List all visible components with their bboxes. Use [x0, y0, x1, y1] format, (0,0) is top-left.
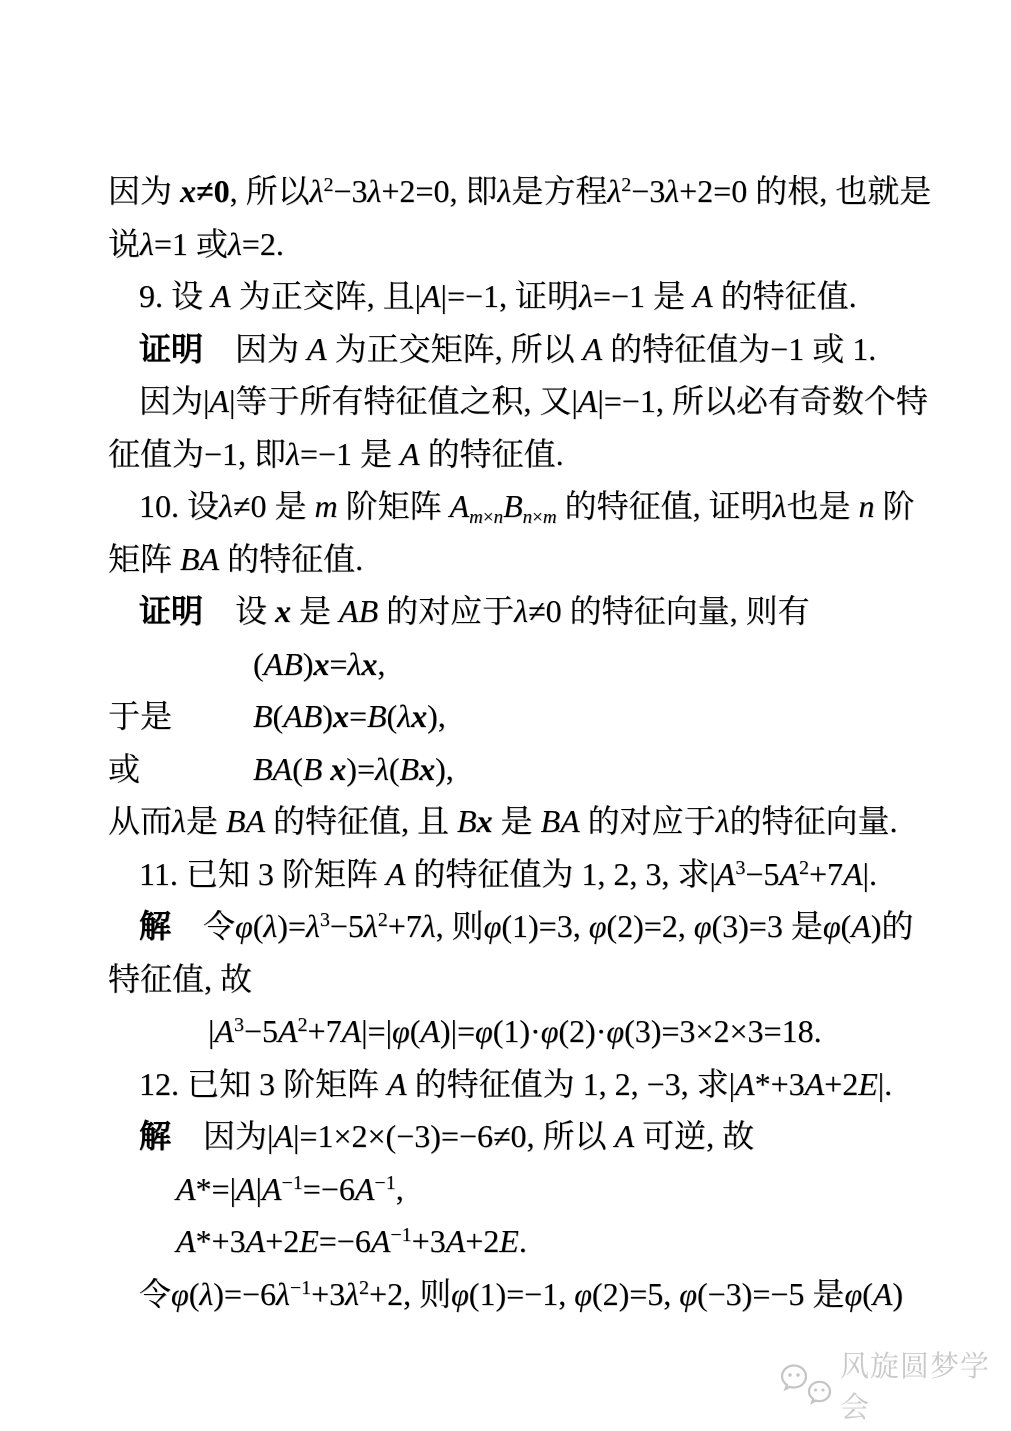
text-segment: (	[292, 751, 303, 787]
text-segment: m	[543, 507, 557, 528]
text-segment: *=|	[196, 1171, 236, 1207]
text-segment: φ	[171, 1276, 189, 1312]
text-segment: A	[583, 331, 603, 367]
text-segment: E	[299, 1223, 319, 1259]
text-segment: 2	[378, 909, 388, 931]
text-segment: x	[419, 751, 435, 787]
text-segment: 为正交阵, 且|	[231, 278, 421, 314]
text-segment: λ	[579, 278, 593, 314]
text-line: 从而λ是 BA 的特征值, 且 Bx 是 BA 的对应于λ的特征向量.	[108, 795, 923, 848]
text-segment: =−1 是	[593, 278, 693, 314]
text-segment: A	[236, 1171, 256, 1207]
text-line: 于是B(AB)x=B(λx),	[108, 690, 923, 743]
text-segment: A	[211, 278, 231, 314]
text-line: 说λ=1 或λ=2.	[108, 218, 923, 271]
text-segment: 证明	[139, 331, 203, 367]
text-segment: m	[314, 488, 337, 524]
text-segment: 2	[359, 1277, 369, 1299]
text-segment: φ	[694, 908, 712, 944]
text-segment: AB	[283, 698, 322, 734]
text-segment: λ	[397, 698, 411, 734]
text-segment: ≠0	[196, 173, 230, 209]
text-segment: 的特征向量.	[730, 803, 898, 839]
text-segment: n	[858, 488, 874, 524]
text-segment: A	[273, 1118, 293, 1154]
text-segment: λ	[306, 908, 320, 944]
text-segment: AB	[264, 646, 303, 682]
document-body: 因为 x≠0, 所以λ2−3λ+2=0, 即λ是方程λ2−3λ+2=0 的根, …	[108, 165, 923, 1320]
text-segment: λ	[716, 803, 730, 839]
text-segment: +2, 则	[369, 1276, 451, 1312]
text-segment: λ	[665, 173, 679, 209]
text-segment: 的特征值.	[420, 436, 564, 472]
text-segment: )的	[871, 908, 914, 944]
text-segment: λ	[773, 488, 787, 524]
text-segment: (	[189, 1276, 200, 1312]
text-segment: (	[841, 908, 852, 944]
text-segment: 的特征值, 且	[265, 803, 457, 839]
line-label: 或	[108, 743, 140, 796]
text-segment: A	[400, 436, 420, 472]
text-segment: A	[214, 1013, 234, 1049]
text-line: 证明 因为 A 为正交矩阵, 所以 A 的特征值为−1 或 1.	[108, 323, 923, 376]
text-segment: 矩阵	[108, 541, 180, 577]
text-segment: 征值为−1, 即	[108, 436, 286, 472]
text-segment: *+3	[755, 1066, 805, 1102]
text-segment: (	[387, 698, 398, 734]
text-segment: −5	[330, 908, 364, 944]
text-segment: , 所以	[230, 173, 310, 209]
document-page: 因为 x≠0, 所以λ2−3λ+2=0, 即λ是方程λ2−3λ+2=0 的根, …	[0, 0, 1011, 1431]
text-line: A*=|A|A−1=−6A−1,	[108, 1163, 923, 1216]
text-segment: 11. 已知 3 阶矩阵	[139, 856, 386, 892]
text-line: 因为|A|等于所有特征值之积, 又|A|=−1, 所以必有奇数个特	[108, 375, 923, 428]
text-line: 证明 设 x 是 AB 的对应于λ≠0 的特征向量, 则有	[108, 585, 923, 638]
text-segment: −5	[745, 856, 779, 892]
text-segment: x	[361, 646, 377, 682]
text-segment: A	[716, 856, 736, 892]
text-segment: +2	[824, 1066, 858, 1102]
text-segment: (1)=−1,	[469, 1276, 574, 1312]
text-segment: BA	[541, 803, 580, 839]
text-segment: −1	[390, 1224, 411, 1246]
text-segment: 12. 已知 3 阶矩阵	[139, 1066, 387, 1102]
text-segment: |=−1, 所以必有奇数个特	[597, 383, 928, 419]
text-segment: x	[313, 646, 329, 682]
text-segment: φ	[541, 1013, 559, 1049]
text-segment: +7	[809, 856, 843, 892]
text-segment: 特征值, 故	[108, 961, 252, 997]
text-segment: A	[420, 1013, 440, 1049]
text-segment: x	[330, 751, 346, 787]
text-segment: 10. 设	[139, 488, 219, 524]
text-segment: λ	[364, 908, 378, 944]
text-segment: A	[421, 278, 441, 314]
text-segment: 的特征值, 证明	[557, 488, 773, 524]
text-segment: +7	[308, 1013, 342, 1049]
text-segment: |.	[878, 1066, 892, 1102]
text-segment: φ	[392, 1013, 410, 1049]
text-segment: x	[275, 593, 291, 629]
text-segment: A	[262, 1171, 282, 1207]
text-line: 因为 x≠0, 所以λ2−3λ+2=0, 即λ是方程λ2−3λ+2=0 的根, …	[108, 165, 923, 218]
text-segment: B	[253, 698, 273, 734]
text-segment: A	[246, 1223, 266, 1259]
text-segment: 令	[171, 908, 235, 944]
text-segment: |等于所有特征值之积, 又|	[229, 383, 578, 419]
text-segment: λ	[347, 646, 361, 682]
text-segment: 的特征值.	[713, 278, 857, 314]
text-segment: λ	[172, 803, 186, 839]
text-segment: −5	[244, 1013, 278, 1049]
text-segment: φ	[844, 1276, 862, 1312]
text-segment: *+3	[196, 1223, 246, 1259]
text-segment: A	[371, 1223, 391, 1259]
text-segment: 的特征值为 1, 2, 3, 求|	[405, 856, 715, 892]
text-segment: 2	[621, 174, 631, 196]
text-segment: =−1 是	[300, 436, 400, 472]
text-segment: A	[693, 278, 713, 314]
text-segment: =2.	[242, 226, 284, 262]
text-segment: |=|	[361, 1013, 392, 1049]
text-segment: λ	[422, 908, 436, 944]
text-segment: E	[499, 1223, 519, 1259]
text-segment: (	[862, 1276, 873, 1312]
text-segment: (−3)=−5 是	[697, 1276, 844, 1312]
text-line: 矩阵 BA 的特征值.	[108, 533, 923, 586]
text-segment: φ	[574, 1276, 592, 1312]
text-segment: φ	[475, 1013, 493, 1049]
text-segment: 9. 设	[139, 278, 211, 314]
text-segment: A	[307, 331, 327, 367]
text-segment: ×	[532, 507, 543, 528]
text-line: 12. 已知 3 阶矩阵 A 的特征值为 1, 2, −3, 求|A*+3A+2…	[108, 1058, 923, 1111]
text-line: 解 因为|A|=1×2×(−3)=−6≠0, 所以 A 可逆, 故	[108, 1110, 923, 1163]
text-segment: A	[873, 1276, 893, 1312]
text-segment: E	[858, 1066, 878, 1102]
text-segment: 的特征值.	[219, 541, 363, 577]
text-segment: λ	[345, 1276, 359, 1312]
text-segment: A	[342, 1013, 362, 1049]
text-line: |A3−5A2+7A|=|φ(A)|=φ(1)·φ(2)·φ(3)=3×2×3=…	[108, 1005, 923, 1058]
text-segment: )	[322, 698, 333, 734]
text-segment: −3	[631, 173, 665, 209]
text-segment: 解	[139, 1118, 171, 1154]
line-label: 于是	[108, 690, 172, 743]
text-segment: λ	[276, 1276, 290, 1312]
text-line: 特征值, 故	[108, 953, 923, 1006]
text-segment: φ	[484, 908, 502, 944]
text-segment: (2)=5,	[592, 1276, 679, 1312]
text-segment: x	[333, 698, 349, 734]
text-segment: )=	[346, 751, 375, 787]
text-segment: 阶矩阵	[338, 488, 450, 524]
text-segment: +2=0 的根, 也就是	[679, 173, 931, 209]
text-segment: =−6	[303, 1171, 355, 1207]
text-segment: A	[615, 1118, 635, 1154]
text-segment: A	[779, 856, 799, 892]
text-segment: B	[503, 488, 523, 524]
text-segment: (	[253, 908, 264, 944]
text-segment: , 则	[436, 908, 484, 944]
text-segment: λ	[140, 226, 154, 262]
text-segment: (2)=2,	[606, 908, 693, 944]
text-segment: BA	[253, 751, 292, 787]
text-segment: B	[400, 751, 420, 787]
text-segment: 是方程	[511, 173, 607, 209]
text-segment: )	[892, 1276, 903, 1312]
text-segment: ),	[435, 751, 454, 787]
text-segment: λ	[607, 173, 621, 209]
text-segment: ,	[377, 646, 385, 682]
text-segment: (2)·	[558, 1013, 606, 1049]
text-segment: A	[446, 1223, 466, 1259]
text-segment: λ	[286, 436, 300, 472]
text-line: 或BA(B x)=λ(Bx),	[108, 743, 923, 796]
text-segment: A	[355, 1171, 375, 1207]
watermark-label: 风旋圆梦学会	[840, 1344, 1011, 1426]
text-segment: A	[387, 1066, 407, 1102]
text-segment: BA	[226, 803, 265, 839]
text-segment: −1	[374, 1172, 395, 1194]
text-segment: 为正交矩阵, 所以	[327, 331, 583, 367]
text-segment: 因为|	[171, 1118, 273, 1154]
text-segment: λ	[199, 1276, 213, 1312]
text-segment: )	[303, 646, 314, 682]
text-segment: 3	[735, 857, 745, 879]
text-segment: λ	[310, 173, 324, 209]
text-segment: λ	[497, 173, 511, 209]
text-segment: n	[494, 507, 504, 528]
text-segment: 也是	[786, 488, 858, 524]
text-segment: A	[386, 856, 406, 892]
text-segment: A	[278, 1013, 298, 1049]
watermark: 风旋圆梦学会	[780, 1362, 1011, 1408]
text-segment: A	[176, 1223, 196, 1259]
text-segment: 的特征值为−1 或 1.	[602, 331, 876, 367]
text-segment: (3)=3 是	[711, 908, 822, 944]
text-segment: +2	[265, 1223, 299, 1259]
text-segment: 因为	[203, 331, 307, 367]
text-segment: (	[410, 1013, 421, 1049]
text-segment: ),	[427, 698, 446, 734]
text-segment: −3	[333, 173, 367, 209]
text-segment: +2	[465, 1223, 499, 1259]
text-line: 11. 已知 3 阶矩阵 A 的特征值为 1, 2, 3, 求|A3−5A2+7…	[108, 848, 923, 901]
text-segment: λ	[368, 173, 382, 209]
text-segment: +7	[388, 908, 422, 944]
text-segment: −1	[282, 1172, 303, 1194]
text-segment: φ	[589, 908, 607, 944]
text-segment: 是	[291, 593, 339, 629]
text-line: 令φ(λ)=−6λ−1+3λ2+2, 则φ(1)=−1, φ(2)=5, φ(−…	[108, 1268, 923, 1321]
text-segment: ,	[396, 1171, 404, 1207]
text-segment: ≠0 的特征向量, 则有	[528, 593, 810, 629]
text-segment: 2	[298, 1014, 308, 1036]
text-segment: A	[450, 488, 470, 524]
text-segment: +2=0, 即	[381, 173, 497, 209]
text-segment: ×	[483, 507, 494, 528]
text-segment: =1 或	[154, 226, 228, 262]
text-segment: λ	[514, 593, 528, 629]
text-segment: (1)·	[493, 1013, 541, 1049]
text-line: (AB)x=λx,	[108, 638, 923, 691]
text-segment: 阶	[874, 488, 914, 524]
text-segment: (3)=3×2×3=18.	[624, 1013, 822, 1049]
text-segment: n	[523, 507, 533, 528]
text-segment: |=−1, 证明	[441, 278, 580, 314]
text-segment: 3	[320, 909, 330, 931]
text-segment: φ	[823, 908, 841, 944]
text-segment: m	[469, 507, 483, 528]
text-segment: φ	[606, 1013, 624, 1049]
text-segment: −1	[290, 1277, 311, 1299]
text-segment: A	[176, 1171, 196, 1207]
text-segment: λ	[375, 751, 389, 787]
text-segment: 令	[139, 1276, 171, 1312]
text-segment: 的特征值为 1, 2, −3, 求|	[407, 1066, 735, 1102]
text-line: 9. 设 A 为正交阵, 且|A|=−1, 证明λ=−1 是 A 的特征值.	[108, 270, 923, 323]
text-segment: λ	[228, 226, 242, 262]
text-segment: BA	[180, 541, 219, 577]
text-segment: 的对应于	[378, 593, 514, 629]
text-segment: (	[253, 646, 264, 682]
text-segment: A	[843, 856, 863, 892]
text-segment: (	[389, 751, 400, 787]
text-segment: 因为|	[139, 383, 209, 419]
text-segment: +3	[412, 1223, 446, 1259]
text-segment: 的对应于	[580, 803, 716, 839]
text-segment: 证明	[139, 593, 203, 629]
text-segment: A	[578, 383, 598, 419]
text-segment: |.	[863, 856, 877, 892]
text-segment: 从而	[108, 803, 172, 839]
wechat-icon	[780, 1363, 832, 1407]
text-segment: x	[180, 173, 196, 209]
text-segment: =	[329, 646, 347, 682]
text-segment: A	[735, 1066, 755, 1102]
text-segment: 2	[323, 174, 333, 196]
text-segment: φ	[451, 1276, 469, 1312]
text-segment: )=−6	[213, 1276, 276, 1312]
text-segment: 3	[234, 1014, 244, 1036]
text-segment: B	[367, 698, 387, 734]
text-segment: +3	[311, 1276, 345, 1312]
text-segment: A	[851, 908, 871, 944]
text-segment: 因为	[108, 173, 180, 209]
text-segment: (1)=3,	[501, 908, 588, 944]
text-segment: x	[411, 698, 427, 734]
text-segment: =	[349, 698, 367, 734]
text-segment: AB	[339, 593, 378, 629]
text-line: 征值为−1, 即λ=−1 是 A 的特征值.	[108, 428, 923, 481]
text-segment: |=1×2×(−3)=−6≠0, 所以	[293, 1118, 615, 1154]
text-segment: A	[805, 1066, 825, 1102]
text-segment: B	[303, 751, 323, 787]
text-segment: λ	[263, 908, 277, 944]
text-segment: ≠0 是	[233, 488, 315, 524]
text-segment: A	[209, 383, 229, 419]
text-line: A*+3A+2E=−6A−1+3A+2E.	[108, 1215, 923, 1268]
text-segment: φ	[235, 908, 253, 944]
text-segment: 2	[799, 857, 809, 879]
text-segment: (	[273, 698, 284, 734]
text-segment: 是	[493, 803, 541, 839]
text-segment: 可逆, 故	[634, 1118, 754, 1154]
text-segment: φ	[679, 1276, 697, 1312]
text-line: 10. 设λ≠0 是 m 阶矩阵 Am×nBn×m 的特征值, 证明λ也是 n …	[108, 480, 923, 533]
text-line: 解 令φ(λ)=λ3−5λ2+7λ, 则φ(1)=3, φ(2)=2, φ(3)…	[108, 900, 923, 953]
text-segment: x	[477, 803, 493, 839]
text-segment: λ	[219, 488, 233, 524]
text-segment: =−6	[319, 1223, 371, 1259]
text-segment: 解	[139, 908, 171, 944]
text-segment: B	[457, 803, 477, 839]
text-segment: 设	[203, 593, 275, 629]
text-segment: 说	[108, 226, 140, 262]
text-segment: )|=	[440, 1013, 475, 1049]
text-segment: .	[519, 1223, 527, 1259]
text-segment: 是	[186, 803, 226, 839]
text-segment: )=	[277, 908, 306, 944]
